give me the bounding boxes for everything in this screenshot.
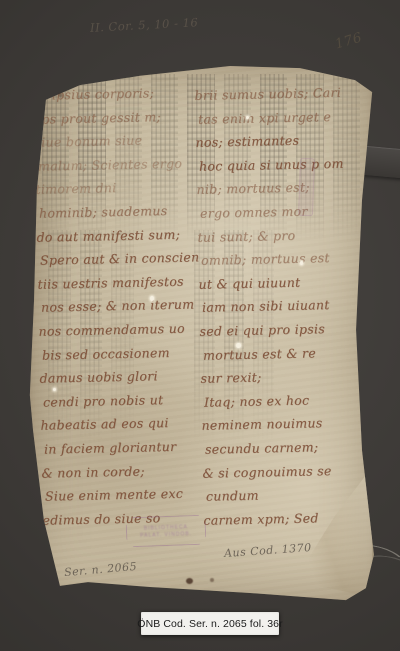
manuscript-line: do aut manifesti sum; (36, 222, 200, 249)
caption-label: ÖNB Cod. Ser. n. 2065 fol. 36r (141, 612, 279, 635)
manuscript-line: tas enim xpi urget e (198, 104, 367, 131)
bible-reference-annotation: II. Cor. 5, 10 - 16 (90, 15, 199, 35)
photo-backdrop: re ipsius corporis;ips prout gessit m;si… (0, 0, 400, 651)
manuscript-line: habeatis ad eos qui (40, 411, 204, 438)
manuscript-line: mortuus est & re (203, 340, 372, 367)
text-column-right: brii sumus uobis; Caritas enim xpi urget… (194, 80, 375, 532)
manuscript-line: secundu carnem; (205, 434, 374, 461)
manuscript-line: nos esse; & non iterum (41, 293, 202, 320)
manuscript-line: neminem nouimus (201, 410, 373, 437)
manuscript-line: Spero aut & in conscien (40, 245, 201, 272)
manuscript-line: siue bonum siue (34, 128, 198, 155)
parchment-hole (246, 116, 249, 119)
parchment-hole (236, 343, 241, 348)
parchment-hole (150, 296, 154, 301)
manuscript-line: & non in corde; (41, 458, 205, 485)
manuscript-line: malum; Scientes ergo (38, 151, 199, 178)
manuscript-line: damus uobis glori (39, 363, 203, 390)
ink-stain (186, 578, 193, 584)
ink-stain (58, 93, 63, 97)
manuscript-line: timorem dni (35, 175, 199, 202)
manuscript-line: nib; mortuus est; (196, 175, 368, 202)
manuscript-line: tiis uestris manifestos (37, 269, 201, 296)
manuscript-line: hoc quia si unus p om (199, 151, 368, 178)
manuscript-line: nos; estimantes (195, 127, 367, 154)
text-column-left: re ipsius corporis;ips prout gessit m;si… (33, 80, 206, 532)
manuscript-line: ergo omnes mor (200, 198, 369, 225)
manuscript-line: iam non sibi uiuant (202, 293, 371, 320)
stamp-offset-smudge (298, 158, 315, 216)
manuscript-line: Itaq; nos ex hoc (204, 387, 373, 414)
manuscript-line: cendi pro nobis ut (43, 387, 204, 414)
manuscript-line: nos commendamus uo (38, 316, 202, 343)
folio-number-annotation: 176 (333, 30, 364, 53)
manuscript-line: bis sed occasionem (42, 340, 203, 367)
manuscript-line: sed ei qui pro ipsis (199, 316, 371, 343)
parchment-hole (53, 388, 56, 391)
library-stamp: BIBLIOTHECA PALAT. VINDOB. (126, 515, 207, 548)
ink-stain (210, 578, 214, 582)
manuscript-line: ut & qui uiuunt (198, 269, 370, 296)
manuscript-line: omnib; mortuus est (201, 245, 370, 272)
manuscript-line: & si cognouimus se (202, 458, 374, 485)
manuscript-line: Siue enim mente exc (45, 481, 206, 508)
library-stamp-line2: PALAT. VINDOB. (140, 531, 192, 539)
manuscript-line: ips prout gessit m; (37, 104, 198, 131)
caption-text: ÖNB Cod. Ser. n. 2065 fol. 36r (137, 618, 282, 630)
manuscript-line: hominib; suademus (39, 198, 200, 225)
parchment-hole (300, 261, 303, 265)
manuscript-line: in faciem gloriantur (44, 434, 205, 461)
manuscript-line: carnem xpm; Sed (203, 505, 375, 532)
manuscript-line: cundum (206, 481, 375, 508)
